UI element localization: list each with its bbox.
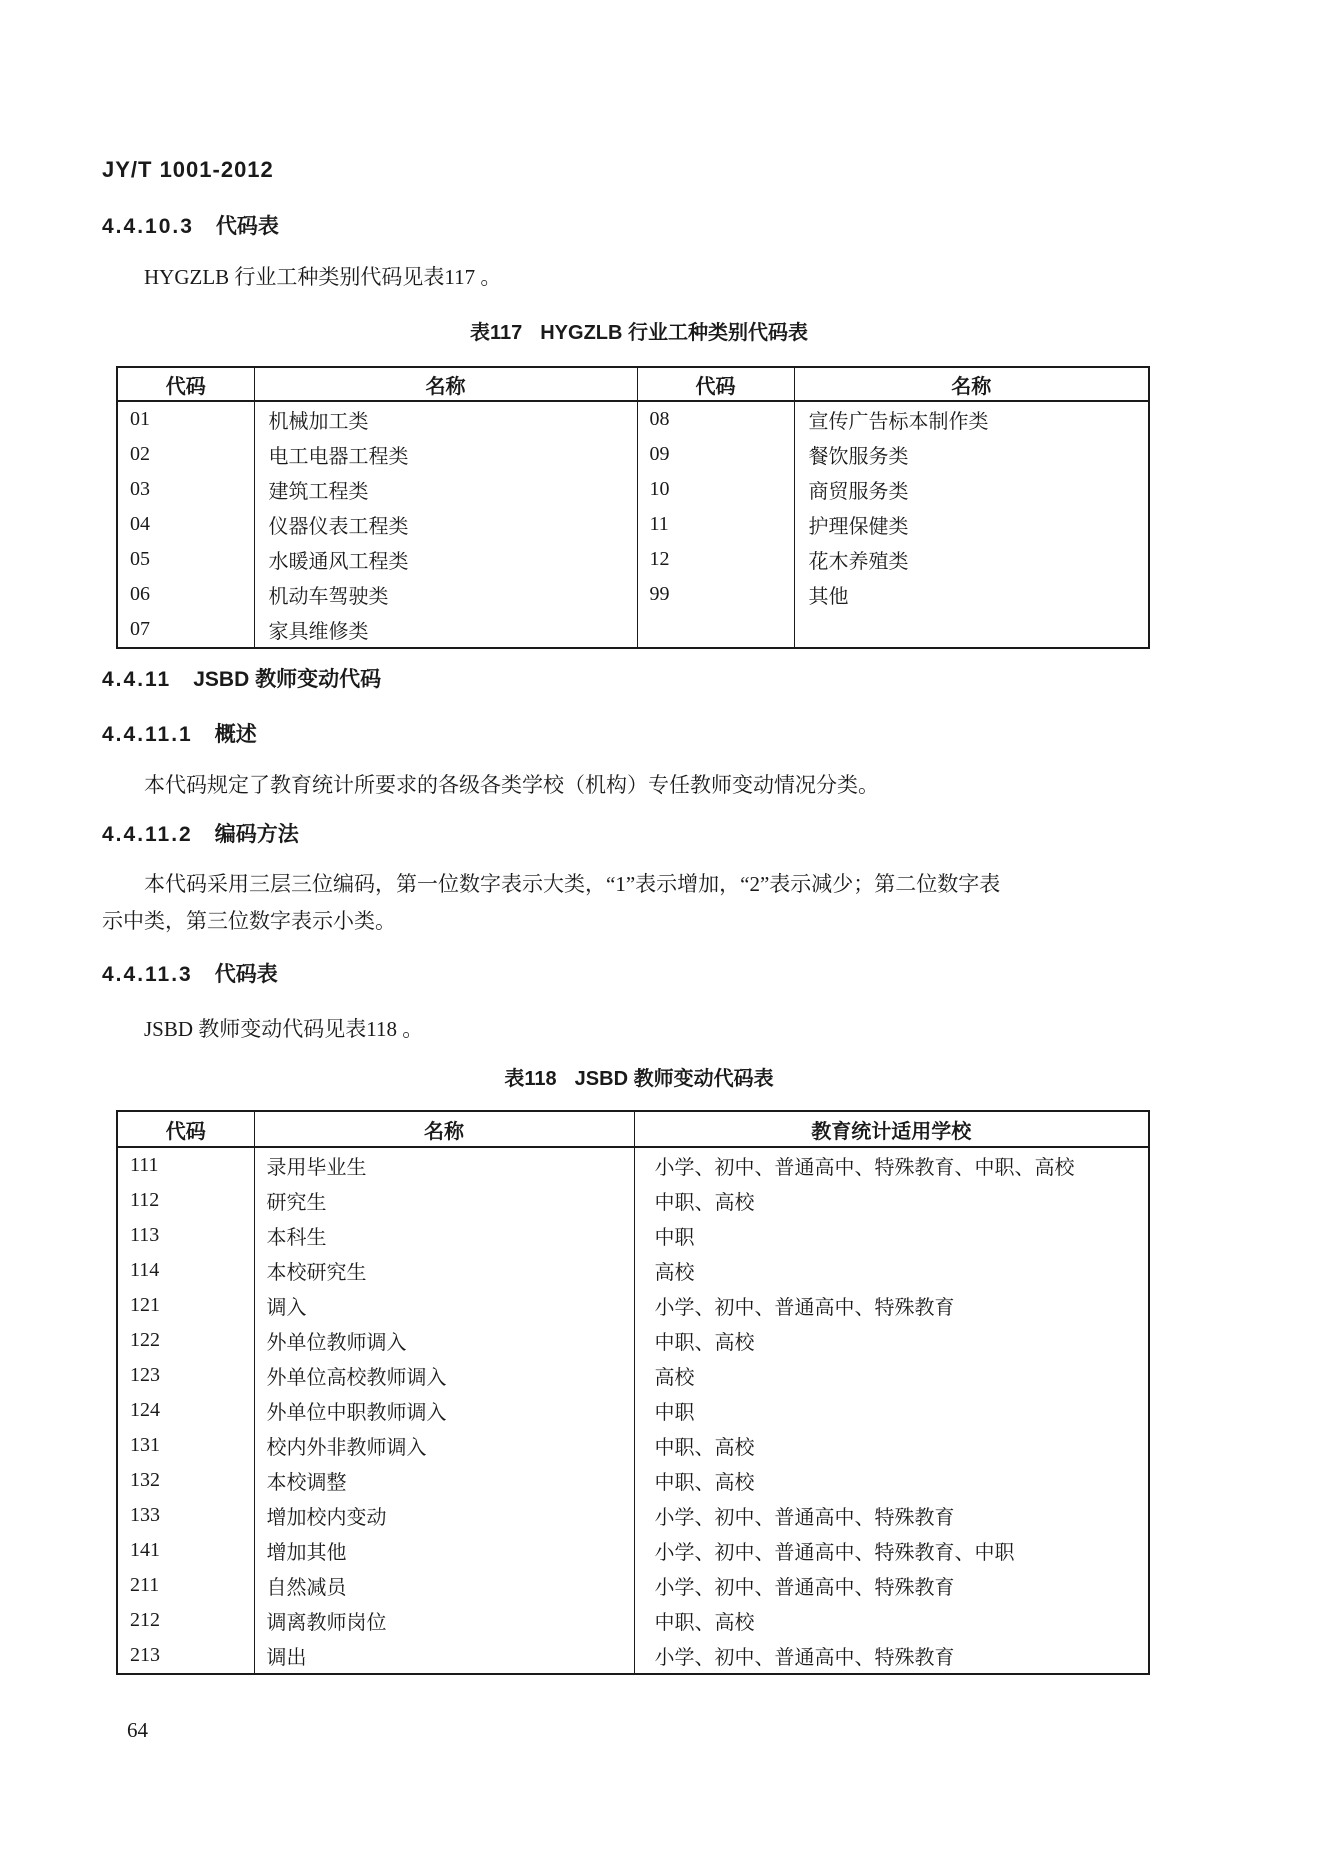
table117-header: 代码 名称 代码 名称 — [117, 367, 1149, 401]
table-cell: 增加其他 — [254, 1533, 634, 1568]
table-row: 122外单位教师调入中职、高校 — [117, 1323, 1149, 1358]
table-cell: 仪器仪表工程类 — [254, 507, 637, 542]
section-number: 4.4.11.1 — [102, 723, 193, 746]
table118-header: 代码 名称 教育统计适用学校 — [117, 1111, 1149, 1147]
table-cell: 06 — [117, 577, 254, 612]
table-row: 01机械加工类08宣传广告标本制作类 — [117, 401, 1149, 437]
table-cell: 中职、高校 — [634, 1603, 1149, 1638]
table-cell: 11 — [637, 507, 794, 542]
table-cell — [637, 612, 794, 648]
table-row: 212调离教师岗位中职、高校 — [117, 1603, 1149, 1638]
table-row: 124外单位中职教师调入中职 — [117, 1393, 1149, 1428]
table118-caption: 表118JSBD 教师变动代码表 — [116, 1065, 1162, 1093]
column-header-name-1: 名称 — [254, 367, 637, 401]
table-header-row: 代码 名称 代码 名称 — [117, 367, 1149, 401]
table-cell: 中职、高校 — [634, 1323, 1149, 1358]
table-row: 132本校调整中职、高校 — [117, 1463, 1149, 1498]
column-header-name: 名称 — [254, 1111, 634, 1147]
table-cell: 中职、高校 — [634, 1428, 1149, 1463]
table-cell: 调入 — [254, 1288, 634, 1323]
overview-paragraph: 本代码规定了教育统计所要求的各级各类学校（机构）专任教师变动情况分类。 — [102, 770, 1173, 800]
table-cell: 131 — [117, 1428, 254, 1463]
column-header-code-2: 代码 — [637, 367, 794, 401]
table117-caption-title: HYGZLB 行业工种类别代码表 — [540, 322, 808, 344]
table117-intro-paragraph: HYGZLB 行业工种类别代码见表117 。 — [102, 262, 1173, 292]
table-cell: 111 — [117, 1147, 254, 1183]
table-cell: 213 — [117, 1638, 254, 1674]
table-cell: 中职、高校 — [634, 1183, 1149, 1218]
table117-body: 01机械加工类08宣传广告标本制作类02电工电器工程类09餐饮服务类03建筑工程… — [117, 401, 1149, 648]
section-heading-4-4-11-3: 4.4.11.3代码表 — [102, 961, 1173, 989]
table-cell: 校内外非教师调入 — [254, 1428, 634, 1463]
table-row: 112研究生中职、高校 — [117, 1183, 1149, 1218]
table-cell: 05 — [117, 542, 254, 577]
table-cell: 99 — [637, 577, 794, 612]
table-cell: 机械加工类 — [254, 401, 637, 437]
table-cell: 211 — [117, 1568, 254, 1603]
table-row: 121调入小学、初中、普通高中、特殊教育 — [117, 1288, 1149, 1323]
table118-intro-paragraph: JSBD 教师变动代码见表118 。 — [102, 1014, 1173, 1044]
column-header-code-1: 代码 — [117, 367, 254, 401]
table-117: 代码 名称 代码 名称 01机械加工类08宣传广告标本制作类02电工电器工程类0… — [116, 366, 1150, 649]
table-row: 05水暖通风工程类12花木养殖类 — [117, 542, 1149, 577]
table-row: 111录用毕业生小学、初中、普通高中、特殊教育、中职、高校 — [117, 1147, 1149, 1183]
doc-code: JY/T 1001-2012 — [102, 156, 1173, 184]
table-row: 133增加校内变动小学、初中、普通高中、特殊教育 — [117, 1498, 1149, 1533]
table-cell: 03 — [117, 472, 254, 507]
table-cell: 123 — [117, 1358, 254, 1393]
document-page: JY/T 1001-2012 4.4.10.3代码表 HYGZLB 行业工种类别… — [0, 0, 1323, 1871]
section-title: 代码表 — [216, 215, 279, 238]
table-cell: 高校 — [634, 1253, 1149, 1288]
table-cell: 其他 — [794, 577, 1149, 612]
section-title: JSBD 教师变动代码 — [193, 668, 381, 691]
table117-caption-label: 表117 — [470, 322, 522, 344]
column-header-name-2: 名称 — [794, 367, 1149, 401]
table-cell: 07 — [117, 612, 254, 648]
table-row: 114本校研究生高校 — [117, 1253, 1149, 1288]
table-cell: 114 — [117, 1253, 254, 1288]
table-cell: 宣传广告标本制作类 — [794, 401, 1149, 437]
table-cell: 212 — [117, 1603, 254, 1638]
section-title: 代码表 — [215, 963, 278, 986]
table-row: 04仪器仪表工程类11护理保健类 — [117, 507, 1149, 542]
table-cell: 家具维修类 — [254, 612, 637, 648]
table-header-row: 代码 名称 教育统计适用学校 — [117, 1111, 1149, 1147]
table-cell: 122 — [117, 1323, 254, 1358]
table-row: 06机动车驾驶类99其他 — [117, 577, 1149, 612]
page-number: 64 — [127, 1716, 148, 1744]
table-cell: 本校调整 — [254, 1463, 634, 1498]
table-cell: 中职 — [634, 1393, 1149, 1428]
table118-caption-title: JSBD 教师变动代码表 — [575, 1068, 774, 1090]
table-cell: 外单位高校教师调入 — [254, 1358, 634, 1393]
table-cell: 录用毕业生 — [254, 1147, 634, 1183]
table-cell: 中职、高校 — [634, 1463, 1149, 1498]
table-row: 123外单位高校教师调入高校 — [117, 1358, 1149, 1393]
table-cell: 电工电器工程类 — [254, 437, 637, 472]
table-cell: 高校 — [634, 1358, 1149, 1393]
table-cell: 121 — [117, 1288, 254, 1323]
section-heading-4-4-11: 4.4.11JSBD 教师变动代码 — [102, 666, 1173, 694]
section-heading-4-4-10-3: 4.4.10.3代码表 — [102, 213, 1173, 241]
table-cell: 04 — [117, 507, 254, 542]
section-number: 4.4.11 — [102, 668, 171, 691]
table-cell: 小学、初中、普通高中、特殊教育 — [634, 1638, 1149, 1674]
table-cell: 小学、初中、普通高中、特殊教育、中职 — [634, 1533, 1149, 1568]
table-cell: 10 — [637, 472, 794, 507]
table-row: 211自然减员小学、初中、普通高中、特殊教育 — [117, 1568, 1149, 1603]
table118-caption-label: 表118 — [504, 1068, 556, 1090]
table-cell: 调出 — [254, 1638, 634, 1674]
table-cell: 外单位中职教师调入 — [254, 1393, 634, 1428]
table-cell: 小学、初中、普通高中、特殊教育 — [634, 1498, 1149, 1533]
table-cell: 02 — [117, 437, 254, 472]
table-cell: 花木养殖类 — [794, 542, 1149, 577]
table-cell: 小学、初中、普通高中、特殊教育、中职、高校 — [634, 1147, 1149, 1183]
table-cell: 调离教师岗位 — [254, 1603, 634, 1638]
section-title: 概述 — [215, 723, 257, 746]
table-row: 113本科生中职 — [117, 1218, 1149, 1253]
table-row: 03建筑工程类10商贸服务类 — [117, 472, 1149, 507]
table-118: 代码 名称 教育统计适用学校 111录用毕业生小学、初中、普通高中、特殊教育、中… — [116, 1110, 1150, 1675]
table-cell: 本校研究生 — [254, 1253, 634, 1288]
table-cell: 自然减员 — [254, 1568, 634, 1603]
table-cell: 小学、初中、普通高中、特殊教育 — [634, 1288, 1149, 1323]
table-cell: 中职 — [634, 1218, 1149, 1253]
table-cell: 水暖通风工程类 — [254, 542, 637, 577]
table-cell: 133 — [117, 1498, 254, 1533]
table-cell: 112 — [117, 1183, 254, 1218]
table-cell: 132 — [117, 1463, 254, 1498]
section-heading-4-4-11-1: 4.4.11.1概述 — [102, 721, 1173, 749]
table-row: 213调出小学、初中、普通高中、特殊教育 — [117, 1638, 1149, 1674]
table-cell: 增加校内变动 — [254, 1498, 634, 1533]
table-cell: 研究生 — [254, 1183, 634, 1218]
table-cell: 商贸服务类 — [794, 472, 1149, 507]
table-cell: 113 — [117, 1218, 254, 1253]
table-row: 02电工电器工程类09餐饮服务类 — [117, 437, 1149, 472]
table118-body: 111录用毕业生小学、初中、普通高中、特殊教育、中职、高校112研究生中职、高校… — [117, 1147, 1149, 1674]
table-cell: 机动车驾驶类 — [254, 577, 637, 612]
column-header-code: 代码 — [117, 1111, 254, 1147]
table-cell: 09 — [637, 437, 794, 472]
section-number: 4.4.11.3 — [102, 963, 193, 986]
table-cell: 08 — [637, 401, 794, 437]
column-header-schools: 教育统计适用学校 — [634, 1111, 1149, 1147]
table-cell: 餐饮服务类 — [794, 437, 1149, 472]
table-row: 141增加其他小学、初中、普通高中、特殊教育、中职 — [117, 1533, 1149, 1568]
table-cell: 01 — [117, 401, 254, 437]
table-row: 131校内外非教师调入中职、高校 — [117, 1428, 1149, 1463]
coding-method-paragraph: 本代码采用三层三位编码，第一位数字表示大类，“1”表示增加，“2”表示减少；第二… — [102, 866, 1007, 940]
table-cell: 外单位教师调入 — [254, 1323, 634, 1358]
table117-caption: 表117HYGZLB 行业工种类别代码表 — [116, 319, 1162, 347]
table-cell: 护理保健类 — [794, 507, 1149, 542]
table-cell: 124 — [117, 1393, 254, 1428]
section-title: 编码方法 — [215, 823, 299, 846]
table-cell: 12 — [637, 542, 794, 577]
section-number: 4.4.10.3 — [102, 215, 194, 238]
table-cell — [794, 612, 1149, 648]
table-cell: 141 — [117, 1533, 254, 1568]
table-cell: 本科生 — [254, 1218, 634, 1253]
table-cell: 小学、初中、普通高中、特殊教育 — [634, 1568, 1149, 1603]
section-number: 4.4.11.2 — [102, 823, 193, 846]
section-heading-4-4-11-2: 4.4.11.2编码方法 — [102, 821, 1173, 849]
table-row: 07家具维修类 — [117, 612, 1149, 648]
table-cell: 建筑工程类 — [254, 472, 637, 507]
